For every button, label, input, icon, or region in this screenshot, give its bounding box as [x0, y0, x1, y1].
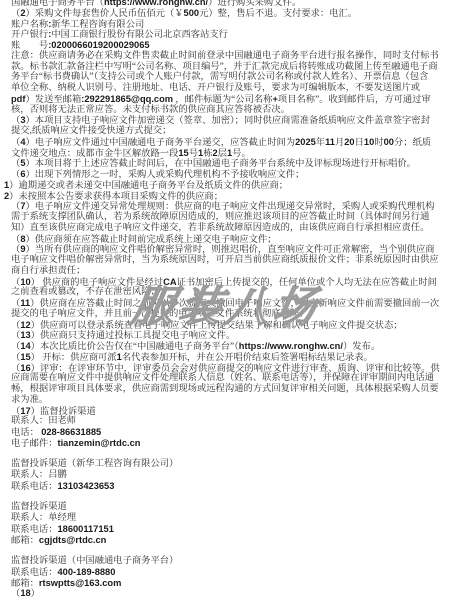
text-line: 2）未按照本公告要求获得本项目采购文件的供应商； — [4, 191, 444, 202]
text-line: 单位全称、纳税人识别号、注册地址、电话、开户银行及账号，要求为可编辑版本，不要发… — [11, 83, 444, 94]
text-line: （2）采购文件每套售价人民币伍佰元（￥500元）整，售后不退。支付要求：电汇。 — [11, 8, 444, 19]
text-line: 邮箱：rtswptts@163.com — [11, 578, 444, 589]
text-line: （3）本项目支持电子响应文件加密递交（签章、加密）；同时供应商需准备纸质响应文件… — [11, 115, 444, 126]
text-line: （7）电子响应文件递交异常处理规则：供应商的电子响应文件出现递交异常时，采购人或… — [11, 201, 444, 212]
text-line: 提交的电子响应文件，并且前一次提交的电子响应文件系统将彻底删除； — [11, 309, 444, 320]
text-line: 联系人：田老师 — [11, 416, 444, 427]
text-line: 国融通电子商务平台（https://www.ronghw.cn/）进行购买采购文… — [11, 0, 444, 8]
text-line: （17）监督投诉渠道 — [11, 406, 444, 417]
text-line: 款。标书款汇款备注栏中写明“公司名称、项目编号”，并于汇款完成后将转账成功截图上… — [11, 62, 444, 73]
text-line: 之前查看或篡改，不存在泄密风险； — [11, 287, 444, 298]
text-line: 应商需要在响应文件中提供响应文件处理联系人信息（姓名、联系电话等），并保障在评审… — [11, 373, 444, 384]
text-line: 联系人：吕鹏 — [11, 470, 444, 481]
text-line: 商自行承担责任； — [11, 266, 444, 277]
text-line: 注意：供应商请务必在采购文件售卖截止时间前登录中国融通电子商务平台进行报名操作，… — [11, 51, 444, 62]
text-line: （11）供应商在应答截止时间之前可以多次提交或撤回电子响应文件，提交新响应文件前… — [11, 298, 444, 309]
text-line: 畅，根据评审项目具体要求，供应商需到现场或远程沟通的方式回复评审相关问题，具体根… — [11, 384, 444, 395]
text-line: pdf）发送至邮箱:292291865@qq.com ，邮件标题为“公司名称+项… — [11, 94, 444, 105]
text-line: 联系电话：400-189-8880 — [11, 567, 444, 578]
text-line: 知）直至该供应商完成电子响应文件递交，若非系统故障原因造成的，由该供应商自行承担… — [11, 223, 444, 234]
text-line: 联系人：单经理 — [11, 513, 444, 524]
document-page: 国融通电子商务平台（https://www.ronghw.cn/）进行购买采购文… — [0, 0, 450, 600]
text-line: （16）评审：在评审环节中，评审委员会会对供应商提交的响应文件进行审查、质询、评… — [11, 363, 444, 374]
text-line: （10） 供应商的电子响应文件是经过CA证书加密后上传提交的，任何单位或个人均无… — [11, 277, 444, 288]
text-line: 务平台“标书费确认”（支持公司或个人账户付款，需写明付款公司名称或付款人姓名）、… — [11, 72, 444, 83]
text-line — [11, 492, 444, 503]
text-line: （6）出现下列情形之一时，采购人或采购代理机构不予接收响应文件； — [11, 169, 444, 180]
text-line — [11, 545, 444, 556]
text-line: 1）逾期递交或者未递交中国融通电子商务平台及纸质文件的供应商； — [4, 180, 444, 191]
text-line: 需于系统支撑团队确认，若为系统故障原因造成的，则应推迟该项目的应答截止时间（具体… — [11, 212, 444, 223]
text-line: 电子邮件：tianzemin@rtdc.cn — [11, 438, 444, 449]
text-line: 联系电话：18600117151 — [11, 524, 444, 535]
text-line: 求为准。 — [11, 395, 444, 406]
text-line: 监督投诉渠道（中国融通电子商务平台） — [11, 556, 444, 567]
text-line: 账 号:0200066019200029065 — [11, 40, 444, 51]
text-line: 核，否则将无法正常应答。未支付标书款的供应商其应答将被否决。 — [11, 105, 444, 116]
text-line: 电子响应文件唱价解密异常时，当为系统原因时，可开启当前供应商纸质报价文件；非系统… — [11, 255, 444, 266]
text-line: 文件递交地点：成都市金牛区解放路一段15号1栋2层1号。 — [11, 148, 444, 159]
text-line: （14）本次比质比价公告仅在“中国融通电子商务平台”（https://www.r… — [11, 341, 444, 352]
document-body: 国融通电子商务平台（https://www.ronghw.cn/）进行购买采购文… — [11, 0, 444, 599]
text-line: 监督投诉渠道 — [11, 502, 444, 513]
text-line: （18） — [11, 588, 444, 599]
text-line: 监督投诉渠道（新华工程咨询有限公司） — [11, 459, 444, 470]
text-line: 邮箱：cgjdts@rtdc.cn — [11, 535, 444, 546]
text-line — [11, 449, 444, 460]
text-line: （15） 开标：供应商可派1名代表参加开标，并在公开唱价结束后签署唱标结果记录表… — [11, 352, 444, 363]
text-line: 联系电话：13103423653 — [11, 481, 444, 492]
text-line: （4）电子响应文件通过中国融通电子商务平台递交，应答截止时间为2025年11月2… — [11, 137, 444, 148]
text-line: 提交,纸质响应文件接受快递方式提交； — [11, 126, 444, 137]
text-line: 账户名称:新华工程咨询有限公司 — [11, 19, 444, 30]
text-line: （13）供应商只支持通过投标工具提交电子响应文件。 — [11, 330, 444, 341]
text-line: 开户银行:中国工商银行股份有限公司北京西客站支行 — [11, 29, 444, 40]
text-line: （8）供应商须在应答截止时间前完成系统上递交电子响应文件； — [11, 234, 444, 245]
text-line: 电话： 028-86631885 — [11, 427, 444, 438]
text-line: （12）供应商可以登录系统查看电子响应文件上传提交结果了解和确认电子响应文件提交… — [11, 320, 444, 331]
text-line: （9）当所有供应商的响应文件唱价解密异常时，则推迟唱价，直至响应文件可正常解密，… — [11, 244, 444, 255]
text-line: （5）本项目将于上述应答截止时间后，在中国融通电子商务平台系统中及评标现场进行开… — [11, 158, 444, 169]
